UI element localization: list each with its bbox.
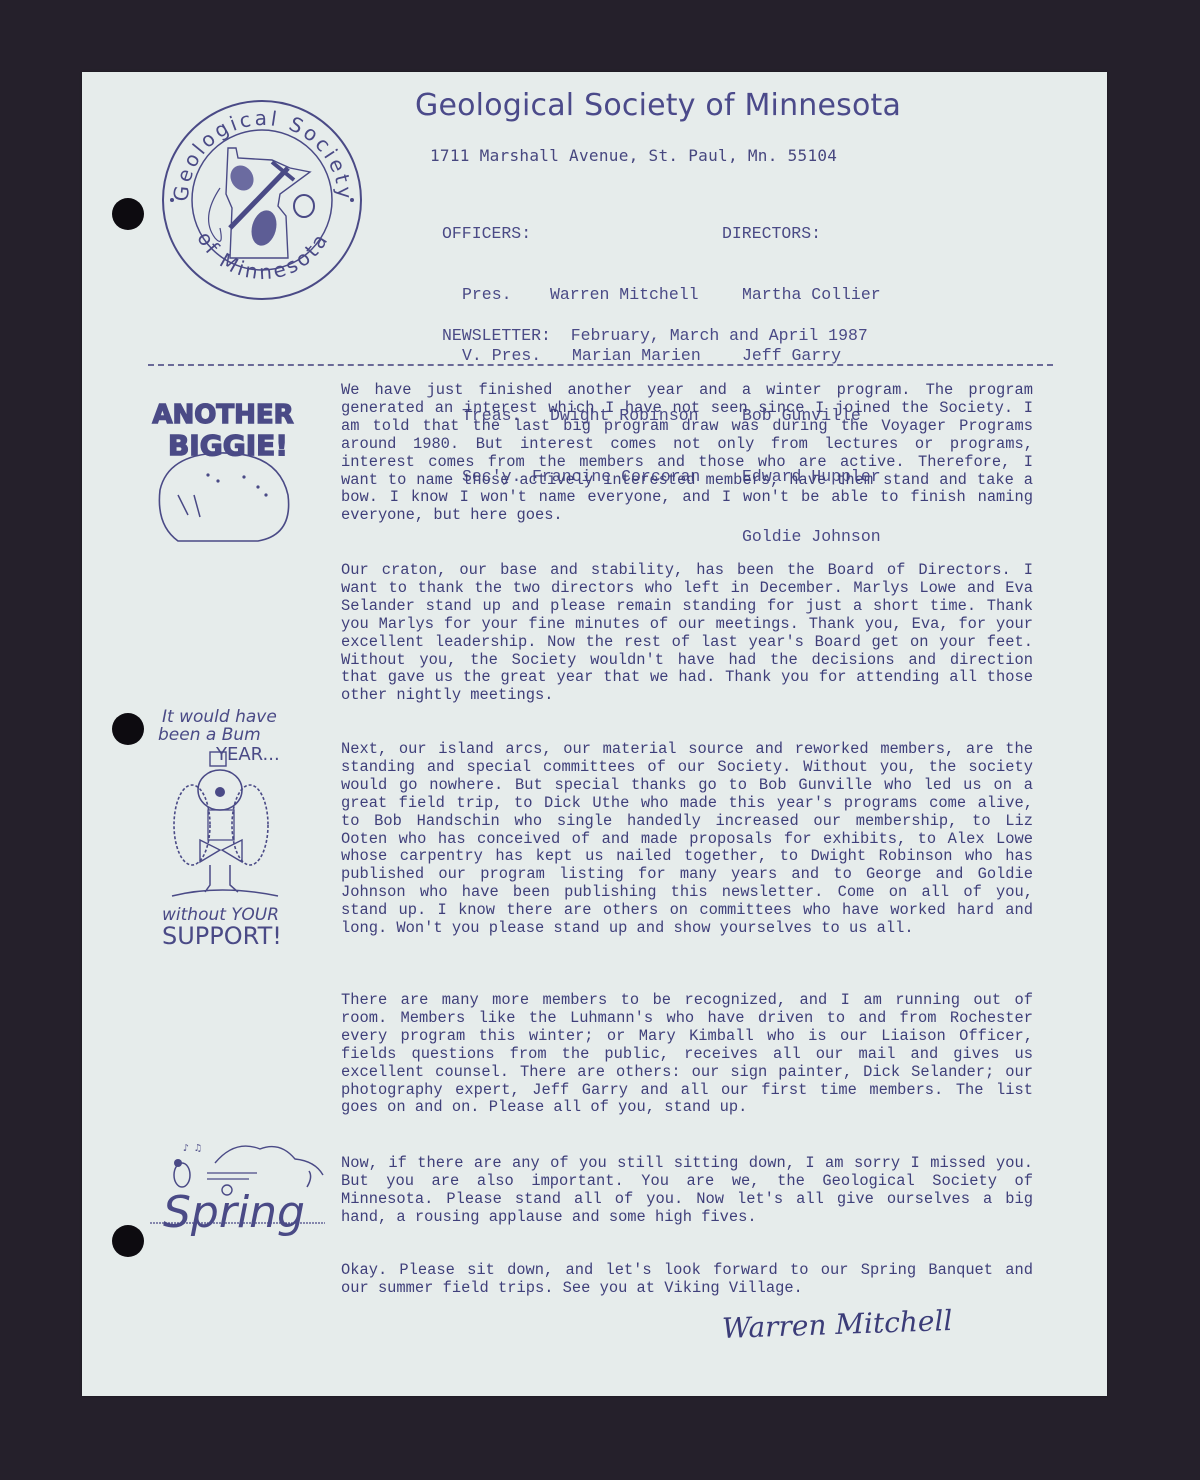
director-name: Martha Collier xyxy=(722,285,881,305)
svg-text:ANOTHER: ANOTHER xyxy=(152,400,293,430)
binder-hole xyxy=(112,198,144,230)
newsletter-date: NEWSLETTER: February, March and April 19… xyxy=(442,326,868,345)
letter-paragraph: Next, our island arcs, our material sour… xyxy=(341,741,1033,938)
society-address: 1711 Marshall Avenue, St. Paul, Mn. 5510… xyxy=(430,146,837,165)
svg-text:It would have: It would have xyxy=(162,707,277,727)
director-name: Jeff Garry xyxy=(722,346,881,366)
spring-clipart: ♪ ♫ Spring xyxy=(145,1135,340,1250)
another-biggie-clipart: ANOTHER BIGGIE! xyxy=(148,395,298,545)
binder-hole xyxy=(112,1225,144,1257)
directors-heading: DIRECTORS: xyxy=(722,224,881,244)
officer-row: V. Pres.Marian Marien xyxy=(442,346,701,366)
binder-hole xyxy=(112,713,144,745)
svg-text:YEAR...: YEAR... xyxy=(215,744,280,765)
bum-year-clipart: It would have been a Bum YEAR... without… xyxy=(150,700,300,950)
letter-paragraph: Now, if there are any of you still sitti… xyxy=(341,1155,1033,1227)
letter-paragraph: Our craton, our base and stability, has … xyxy=(341,562,1033,705)
svg-text:Spring: Spring xyxy=(163,1187,305,1238)
bird-and-cloud-icon: ♪ ♫ xyxy=(174,1143,323,1187)
director-name: Goldie Johnson xyxy=(722,527,881,547)
svg-text:BIGGIE!: BIGGIE! xyxy=(168,429,288,462)
clown-cartoon-icon xyxy=(172,752,278,896)
walrus-cartoon-icon xyxy=(159,453,288,541)
svg-text:Geological Society: Geological Society xyxy=(169,106,358,202)
svg-text:been a Bum: been a Bum xyxy=(158,725,261,745)
svg-text:♪ ♫: ♪ ♫ xyxy=(183,1143,201,1154)
officers-heading: OFFICERS: xyxy=(442,224,701,244)
letter-paragraph: There are many more members to be recogn… xyxy=(341,992,1033,1117)
svg-text:SUPPORT!: SUPPORT! xyxy=(162,922,282,950)
dashed-divider xyxy=(148,364,1053,366)
letter-paragraph: We have just finished another year and a… xyxy=(341,382,1033,525)
officer-row: Pres.Warren Mitchell xyxy=(442,285,701,305)
society-seal-icon: Geological Society of Minnesota xyxy=(160,98,365,303)
society-title: Geological Society of Minnesota xyxy=(415,88,901,123)
letter-paragraph: Okay. Please sit down, and let's look fo… xyxy=(341,1262,1033,1298)
